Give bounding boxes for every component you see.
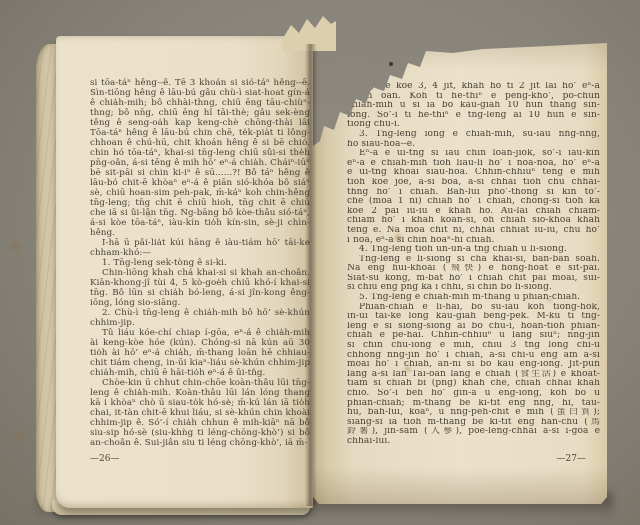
text-line: eⁿ-á ê chia̍h-mih tio̍h liāu-lí hō’ i nō…: [347, 159, 600, 169]
text-line: chham-khó:—: [90, 248, 310, 258]
text-line: Sìn-tiōng hêng ê lāu-bú gâu chù-ì siat-h…: [90, 88, 310, 98]
right-page: thang hē kòe 3, 4 jit, khah hó ti 2 jit …: [313, 42, 607, 504]
text-line: moâi hō’ i chia̍h, án-ni si bô kàu êng-i…: [347, 360, 600, 370]
text-line: si chiū ēng pn̄g kā i chhī, si chin bô l…: [347, 283, 600, 293]
left-page-text: si tōa-táⁿ hêng--ê. Tē 3 khoán si sió-tá…: [90, 78, 310, 448]
right-page-text: thang hē kòe 3, 4 jit, khah hó ti 2 jit …: [347, 82, 600, 447]
ink-speck: [389, 62, 393, 66]
text-line: 3. Tn̄g-leng iōng ê chia̍h-mih, su-iàu n…: [347, 130, 600, 140]
text-line: chhài-lūi.: [347, 437, 600, 447]
text-line: iōng, lóng sio-siāng.: [90, 298, 310, 308]
text-line: tio̍h kòe jōe, á-si bōa, á-si chhài tio̍…: [347, 178, 600, 188]
text-line: leng ê si siōng-siōng ài bô chù-ì, hoān-…: [347, 322, 600, 332]
text-line: tn̄g. Bô lūn si chia̍h bó-leng, á-si jîn…: [90, 288, 310, 298]
text-line: Í-hā ū pâi-lia̍t kúi hāng ê iàu-tiám hō’…: [90, 238, 310, 248]
text-line: siu-sip hó-sè (siu-khǹg ti léng-chōng-kh…: [90, 428, 310, 438]
text-line: Siat-sú kóng, m̄-bat hō’ i chia̍h chit p…: [347, 274, 600, 284]
text-line: chè (móa 1 nî) chiah hō’ i chia̍h, chóng…: [347, 197, 600, 207]
text-line: Eⁿ-á ê ūi-tn̂g si iáu chin loán-jio̍k, s…: [347, 149, 600, 159]
text-line: ê chia̍h-mih; bô chhài-thng, chiū ēng tā…: [90, 98, 310, 108]
text-line: hó siau-hòa--ê.: [347, 140, 600, 150]
text-line: Nā ēng hui-khoài (飛快) ê hong-hoat ê sit-…: [347, 264, 600, 274]
text-line: in-ūi tāi-ke lóng kàu-gia̍h bêng-pe̍k. M…: [347, 312, 600, 322]
text-line: chia̍h-mih ū si iā bô kàu-gia̍h 10 hun t…: [347, 101, 600, 111]
text-line: Phian-chia̍h ê lī-hāi, bô su-iàu koh tiō…: [347, 303, 600, 313]
text-line: Chin-liōng khah chá khai-si si khah an-c…: [90, 268, 310, 278]
text-line: chai, it-tàn chit-ē khui liáu, si sè-khú…: [90, 408, 310, 418]
text-line: phian-chia̍h; m̄-thang bē kì-tit ēng nn̄…: [347, 399, 600, 409]
text-line: ài keng-kòe hóe (kún). Chóng-si nā kún a…: [90, 338, 310, 348]
text-line: kòe 2 pái iù-iù ê khah hó. Aū-lâi chiah …: [347, 207, 600, 217]
text-line: Kiān-khong-jî tùi 4, 5 kò-goe̍h chiū khó…: [90, 278, 310, 288]
text-line: chhòng nn̄g-jîn hō’ i chia̍h, á-si chí-ū…: [347, 351, 600, 361]
left-page: si tōa-táⁿ hêng--ê. Tē 3 khoán si sió-tá…: [56, 36, 313, 508]
text-line: chia̍h-mih, chiū ē hāi-tio̍h eⁿ-á ê ūi-t…: [90, 368, 310, 378]
text-line: tio̍h ài hō’ eⁿ-á chia̍h, m̄-thang loān …: [90, 348, 310, 358]
text-line: Tn̄g-leng ê lī-siōng si chá khai-si, bān…: [347, 255, 600, 265]
right-page-number: —27—: [347, 454, 600, 464]
book-gutter-shadow: [305, 44, 317, 506]
text-line: thng hō’ i chia̍h. Bah-lūi phó’-thong si…: [347, 188, 600, 198]
text-line: leng ê chia̍h-mih. Koàn-thâu lūi lán lón…: [90, 388, 310, 398]
text-line: tn̄g-leng; tn̄g chit ē chiū hioh, tn̄g c…: [90, 198, 310, 208]
text-line: thng; bô nn̄g, chiū ēng hî tāi-thè; gâu …: [90, 108, 310, 118]
text-line: 1. Tn̄g-leng sek-tòng ê si-ki.: [90, 258, 310, 268]
left-page-number: —26—: [90, 454, 119, 464]
text-line: siāng-sî iā tio̍h m̄-thang bē kì-tit ēng…: [347, 418, 600, 428]
text-line: hêng.: [90, 228, 310, 238]
text-line: Tōa-táⁿ hêng ê lāu-bú chin chē, te̍k-pia…: [90, 128, 310, 138]
text-line: pn̄g-oân, á-si tēng ê mih hō’ eⁿ-á chia̍…: [90, 158, 310, 168]
text-line: 4. Tn̄g-leng tio̍h ûn-ûn-á tn̄g chiah ū …: [347, 245, 600, 255]
text-line: chit tiám cheng, in-ūi kiaⁿ-liáu sè-khún…: [90, 358, 310, 368]
text-line: chiām hō’ i khah koàn-sì, o̍h chia̍h sió…: [347, 216, 600, 226]
text-line: thang hē kòe 3, 4 jit, khah hó ti 2 jit …: [347, 82, 600, 92]
text-line: Tû liáu kóe-chí chiap í-gōa, eⁿ-á ê chia…: [90, 328, 310, 338]
text-line: têng ê seng-oa̍h kap keng-chè chōng-thài…: [90, 118, 310, 128]
text-line: sè, chiū hoan-sim peh-pak, m̄-káⁿ koh ch…: [90, 188, 310, 198]
text-line: si tōa-táⁿ hêng--ê. Tē 3 khoán si sió-tá…: [90, 78, 310, 88]
text-line: che iā si ûi-lân tn̄g. N̂g-bāng bô kòe-t…: [90, 208, 310, 218]
text-line: tiōng chù-ì.: [347, 120, 600, 130]
text-line: chin hó tōa-táⁿ, khai-si tn̄g-leng chiū …: [90, 148, 310, 158]
text-line: bē sit-pāi si chin ki-iⁿ ê sū......?! Bô…: [90, 168, 310, 178]
text-line: ê ūi-tn̂g khoài siau-hòa. Chhin-chhiūⁿ t…: [347, 168, 600, 178]
text-line: tēng ê. Nā móa chit nî, chhài chhiat iù-…: [347, 226, 600, 236]
stain: [10, 430, 28, 444]
stain: [8, 240, 24, 253]
text-line: 鈴薯), jîn-sam (人參), poe-lêng-chhài á-si í…: [347, 427, 600, 437]
photo-background: si tōa-táⁿ hêng--ê. Tē 3 khoán si sió-tá…: [0, 0, 640, 525]
text-line: hū, bah-lūi, koaⁿ, ū nn̄g-pe̍h-chit ê mi…: [347, 408, 600, 418]
text-line: chhoan ê chú-hū, chit khoán hêng ê si bē…: [90, 138, 310, 148]
text-line: kā i khòaⁿ chò ū siau-to̍k hó-sè; m̄-kú …: [90, 398, 310, 408]
text-line: Chòe-kin ū chhut chin-chōe koàn-thâu lūi…: [90, 378, 310, 388]
text-line: an-choân ê. Sui-jiân siu ti léng chōng-k…: [90, 438, 310, 448]
text-line: tiám si chia̍h bí (pn̄g) khah chē, chia̍…: [347, 379, 600, 389]
text-line: 2. Chù-ì tn̄g-leng ê chia̍h-mih bô hō’ s…: [90, 308, 310, 318]
text-line: i nōa, eⁿ-á si chin hoaⁿ-hí chia̍h.: [347, 236, 600, 246]
text-line: si chin chu-iōng ê mih, chiū 3 tǹg lóng …: [347, 341, 600, 351]
text-line: chió. Só’-í beh hō’ gín-á ū êng-iōng, ko…: [347, 389, 600, 399]
text-line: chia̍h ê pè-hāi. Chhin-chhiūⁿ ū lâng siū…: [347, 331, 600, 341]
text-line: chia̍h oân. Koh ti hē-thiⁿ ê peng-khò’, …: [347, 92, 600, 102]
text-line: lāu-bó chit-ē khòaⁿ eⁿ-á ê piān sió-khóa…: [90, 178, 310, 188]
text-line: iōng. Só’-í ti hē-thiⁿ ê tn̄g-leng ài 10…: [347, 111, 600, 121]
text-line: lâng á-si lán Tâi-oân lâng ê chia̍h (食生活…: [347, 370, 600, 380]
text-line: á-si kòe tōa-táⁿ, iàu-kín tio̍h kín-sin,…: [90, 218, 310, 228]
text-line: chhim-jip.: [90, 318, 310, 328]
text-line: 5. Tn̄g-leng ê chia̍h-mih m̄-thang ū phi…: [347, 293, 600, 303]
text-line: chhim-jip ê. Só’-í chia̍h chhun ê mih-ki…: [90, 418, 310, 428]
